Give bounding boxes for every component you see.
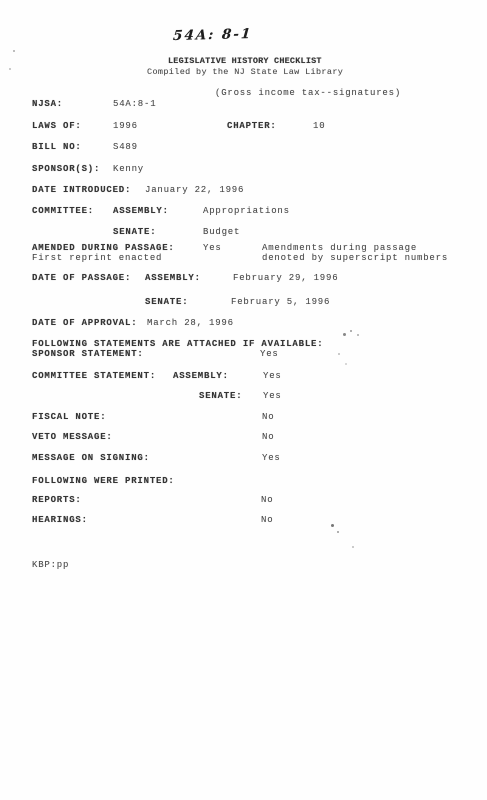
veto-message-label: VETO MESSAGE:: [32, 432, 113, 442]
chapter-value: 10: [313, 121, 325, 131]
amended-note-line1: Amendments during passage: [262, 243, 417, 253]
committee-label: COMMITTEE:: [32, 206, 94, 216]
amended-value: Yes: [203, 243, 222, 253]
subject-caption: (Gross income tax--signatures): [215, 88, 401, 98]
committee-statement-assembly-value: Yes: [263, 371, 282, 381]
committee-assembly-value: Appropriations: [203, 206, 290, 216]
fiscal-note-value: No: [262, 412, 274, 422]
scan-artifact: [345, 363, 347, 365]
sponsor-statement-label: SPONSOR STATEMENT:: [32, 349, 144, 359]
scan-artifact: [9, 68, 11, 70]
message-on-signing-value: Yes: [262, 453, 281, 463]
laws-of-label: LAWS OF:: [32, 121, 82, 131]
date-of-approval-value: March 28, 1996: [147, 318, 234, 328]
veto-message-value: No: [262, 432, 274, 442]
scan-artifact: [337, 531, 339, 533]
scan-artifact: [338, 353, 340, 355]
handwritten-citation: 54A: 8-1: [172, 26, 253, 44]
date-introduced-value: January 22, 1996: [145, 185, 244, 195]
date-introduced-label: DATE INTRODUCED:: [32, 185, 131, 195]
njsa-value: 54A:8-1: [113, 99, 156, 109]
hearings-label: HEARINGS:: [32, 515, 88, 525]
scan-artifact: [357, 334, 359, 336]
date-of-passage-assembly-label: ASSEMBLY:: [145, 273, 201, 283]
printed-heading: FOLLOWING WERE PRINTED:: [32, 476, 175, 486]
chapter-label: CHAPTER:: [227, 121, 277, 131]
fiscal-note-label: FISCAL NOTE:: [32, 412, 106, 422]
scan-artifact: [350, 330, 352, 332]
hearings-value: No: [261, 515, 273, 525]
njsa-label: NJSA:: [32, 99, 63, 109]
sponsor-statement-value: Yes: [260, 349, 279, 359]
committee-senate-value: Budget: [203, 227, 240, 237]
amended-sub-note: First reprint enacted: [32, 253, 162, 263]
committee-statement-senate-value: Yes: [263, 391, 282, 401]
date-of-approval-label: DATE OF APPROVAL:: [32, 318, 137, 328]
footer-initials: KBP:pp: [32, 560, 69, 570]
date-of-passage-assembly-value: February 29, 1996: [233, 273, 338, 283]
committee-statement-senate-label: SENATE:: [199, 391, 242, 401]
document-subtitle: Compiled by the NJ State Law Library: [147, 67, 343, 77]
laws-of-value: 1996: [113, 121, 138, 131]
reports-label: REPORTS:: [32, 495, 82, 505]
sponsors-value: Kenny: [113, 164, 144, 174]
message-on-signing-label: MESSAGE ON SIGNING:: [32, 453, 150, 463]
bill-no-label: BILL NO:: [32, 142, 82, 152]
amended-label: AMENDED DURING PASSAGE:: [32, 243, 175, 253]
committee-statement-assembly-label: ASSEMBLY:: [173, 371, 229, 381]
committee-statement-label: COMMITTEE STATEMENT:: [32, 371, 156, 381]
sponsors-label: SPONSOR(S):: [32, 164, 100, 174]
scan-artifact: [13, 50, 15, 52]
scan-artifact: [343, 333, 346, 336]
date-of-passage-label: DATE OF PASSAGE:: [32, 273, 131, 283]
reports-value: No: [261, 495, 273, 505]
scan-artifact: [331, 524, 334, 527]
statements-heading: FOLLOWING STATEMENTS ARE ATTACHED IF AVA…: [32, 339, 323, 349]
date-of-passage-senate-value: February 5, 1996: [231, 297, 330, 307]
date-of-passage-senate-label: SENATE:: [145, 297, 188, 307]
document-title: LEGISLATIVE HISTORY CHECKLIST: [168, 56, 322, 66]
bill-no-value: S489: [113, 142, 138, 152]
scan-artifact: [352, 546, 354, 548]
amended-note-line2: denoted by superscript numbers: [262, 253, 448, 263]
scanned-document-page: 54A: 8-1 LEGISLATIVE HISTORY CHECKLIST C…: [0, 0, 487, 800]
committee-senate-label: SENATE:: [113, 227, 156, 237]
committee-assembly-label: ASSEMBLY:: [113, 206, 169, 216]
